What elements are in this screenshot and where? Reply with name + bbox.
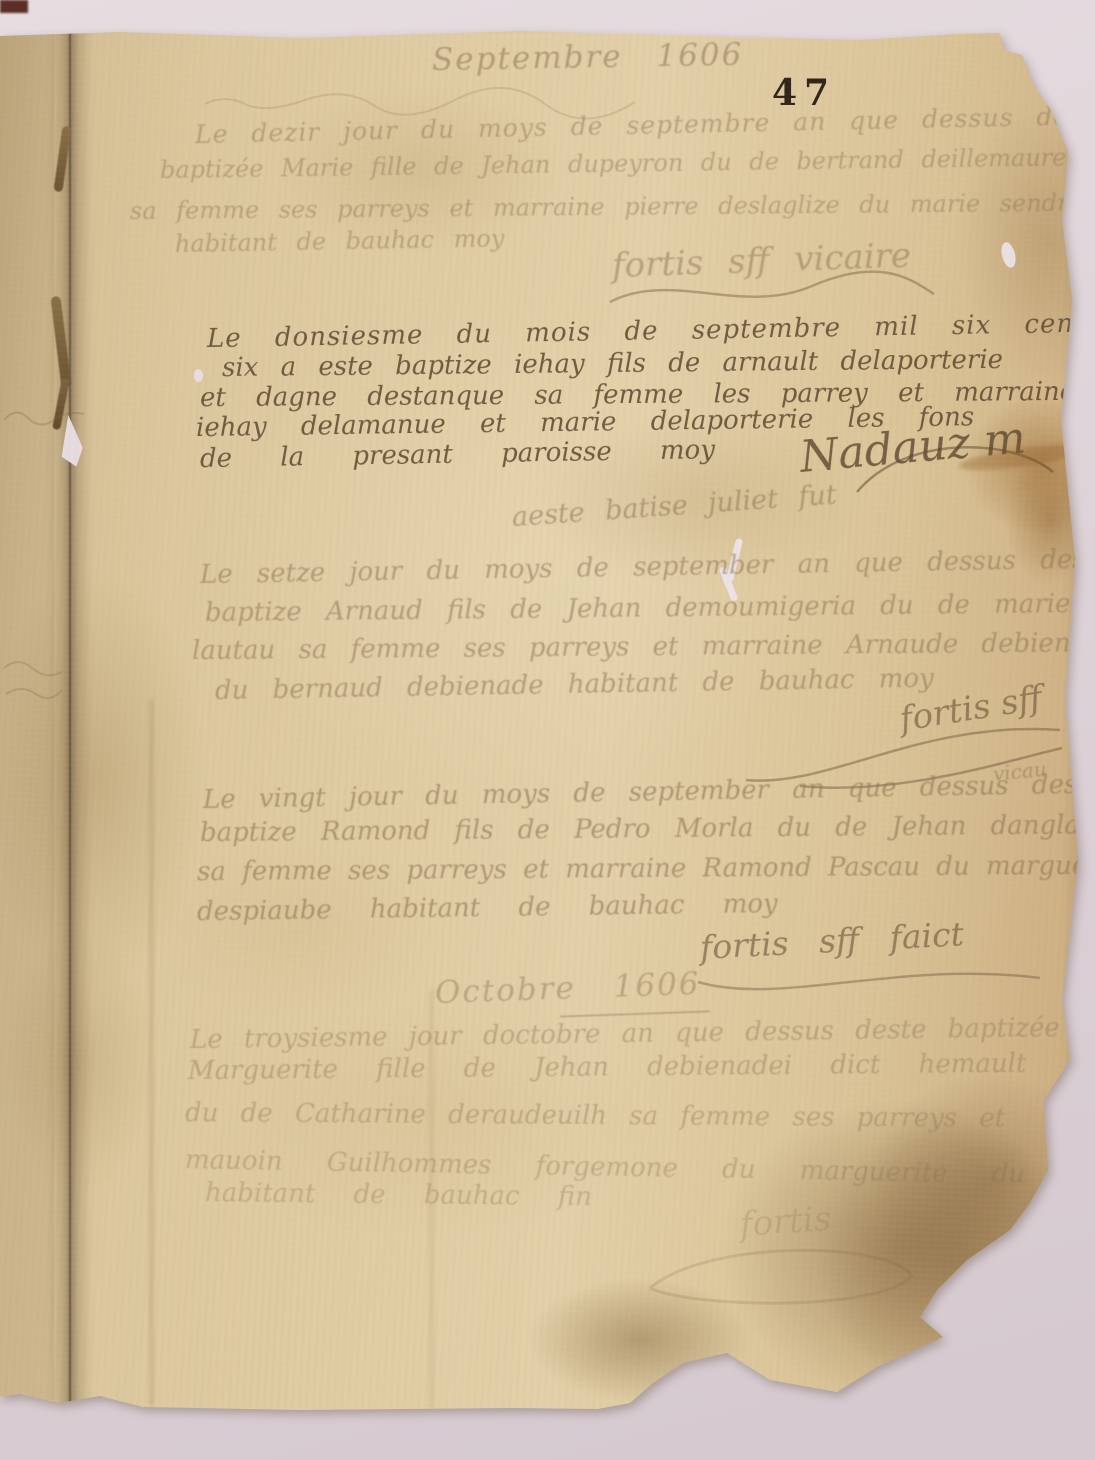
month-heading-october: Octobre 1606 <box>434 966 701 1011</box>
signature-flourish <box>602 258 942 318</box>
gutter-seam-line <box>69 32 71 1402</box>
ghost-writing-marks <box>0 648 70 708</box>
damp-stain <box>820 1120 1060 1380</box>
record-line: baptizée Marie fille de Jehan dupeyron d… <box>160 143 1067 184</box>
adjacent-page-sliver <box>0 30 54 1400</box>
tear-hole <box>194 369 203 382</box>
record-line: du de Catharine deraudeuilh sa femme ses… <box>185 1098 1005 1134</box>
record-line: baptize Arnaud fils de Jehan demoumigeri… <box>205 589 1071 628</box>
month-heading-september: Septembre 1606 <box>432 37 744 78</box>
tear-hole <box>999 241 1018 269</box>
record-line: lautau sa femme ses parreys et marraine … <box>192 628 1095 666</box>
record-line: sa femme ses parreys et marraine Ramond … <box>197 850 1095 887</box>
record-line: habitant de bauhac moy <box>175 224 505 258</box>
signature-flourish <box>690 952 1050 1012</box>
record-line: sa femme ses parreys et marraine pierre … <box>130 189 1095 225</box>
record-line: baptize Ramond fils de Pedro Morla du de… <box>200 810 1095 848</box>
record-line: habitant de bauhac fin <box>205 1178 592 1212</box>
ghost-writing-marks <box>200 86 700 116</box>
record-line: despiaube habitant de bauhac moy <box>197 889 778 927</box>
ghost-writing-marks <box>0 392 95 437</box>
record-line: Marguerite fille de Jehan debienadei dic… <box>188 1049 1027 1086</box>
manuscript-page-wrapper: Septembre 1606 47 Le dezir jour du moys … <box>0 0 1095 1460</box>
photograph-backdrop: Septembre 1606 47 Le dezir jour du moys … <box>0 0 1095 1460</box>
signature-flourish <box>845 428 1065 508</box>
record-line: Le vingt jour du moys de september an qu… <box>203 769 1095 815</box>
interlinear-note: aeste batise juliet fut <box>511 479 838 533</box>
heading-underline <box>560 1010 710 1017</box>
fold-crease <box>150 700 153 1406</box>
manuscript-page: Septembre 1606 47 Le dezir jour du moys … <box>0 0 1095 1460</box>
record-line: Le setze jour du moys de september an qu… <box>200 544 1095 590</box>
